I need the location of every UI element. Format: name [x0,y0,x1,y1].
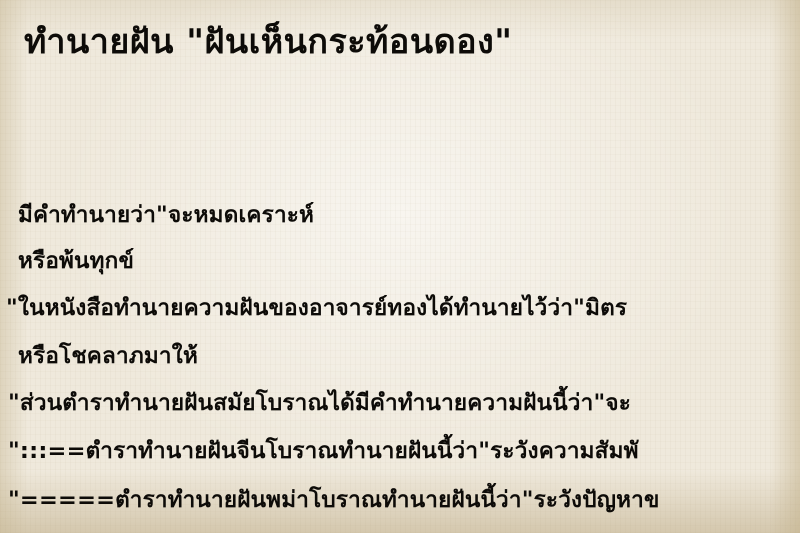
prediction-line-1: มีคำทำนายว่า"จะหมดเคราะห์ [18,196,314,232]
ancient-text-prediction-line: "ส่วนตำราทำนายฝันสมัยโบราณได้มีคำทำนายคว… [8,384,631,420]
book-prediction-line-cont: หรือโชคลาภมาให้ [18,337,198,373]
chinese-text-prediction-line: ":::==ตำราทำนายฝันจีนโบราณทำนายฝันนี้ว่า… [8,432,639,468]
page-title: ทำนายฝัน "ฝันเห็นกระท้อนดอง" [24,14,512,68]
burmese-text-prediction-line: "=====ตำราทำนายฝันพม่าโบราณทำนายฝันนี้ว่… [8,481,660,517]
prediction-line-2: หรือพ้นทุกข์ [18,242,134,278]
book-prediction-line: "ในหนังสือทำนายความฝันของอาจารย์ทองได้ทำ… [6,289,627,325]
